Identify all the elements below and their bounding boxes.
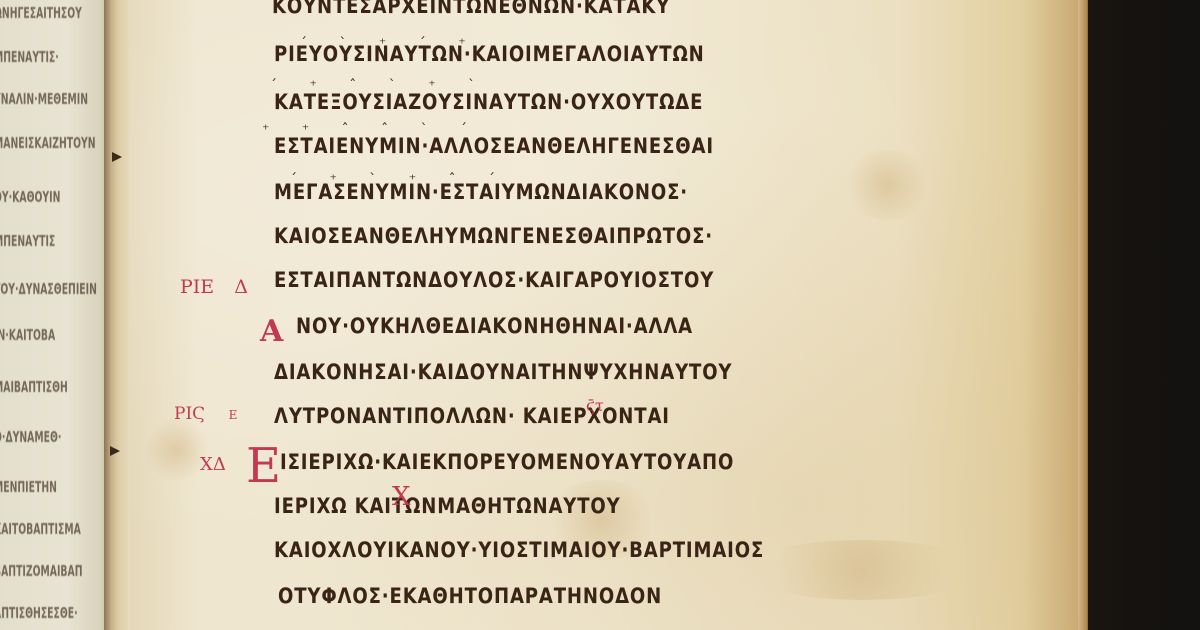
red-chi-mark: Χ [392,482,411,512]
left-page-line: ΑΠΤΙΣΘΗΣΕΣΘΕ· [0,604,78,622]
left-facing-page: ΩΝΗΓΕΣΑΙΤΗΣΟΥ ΜΠΕΝΑΥΤΙΣ· ΥΝΑΛΙΝ·ΜΕΘΕΜΙΝ … [0,0,112,630]
red-interlinear-mark: ϛ̄τ [586,396,604,415]
left-page-line: ΟΥ·ΚΑΘΟΥΙΝ [0,188,60,206]
binding-thread [112,152,122,162]
parchment-stain [742,540,982,600]
manuscript-line: ΕΣΤΑΙΠΑΝΤΩΝΔΟΥΛΟΣ·ΚΑΙΓΑΡΟΥΙΟΣΤΟΥ [274,268,714,292]
left-page-line: ΜΑΝΕΙΣΚΑΙΖΗΤΟΥΝ [0,134,96,152]
manuscript-line: ΙΕΡΙΧΩ ΚΑΙΤΩΝΜΑΘΗΤΩΝΑΥΤΟΥ [274,494,621,518]
left-page-line: ΤΟΥ·ΔΥΝΑΣΘΕΠΙΕΙΝ [0,280,97,298]
margin-section-number: ΡΙΕ Δ [180,276,248,298]
red-initial-epsilon: Ε [246,438,281,494]
margin-rubric-text: ΡΙΕ [180,276,214,298]
left-page-line: ΜΑΙΒΑΠΤΙΣΘΗ [0,378,68,396]
margin-rubric-canon: Δ [234,276,248,298]
margin-section-number: ΡΙϚ Ε [174,404,237,424]
manuscript-line: ΟΤΥΦΛΟΣ·ΕΚΑΘΗΤΟΠΑΡΑΤΗΝΟΔΟΝ [278,584,662,608]
margin-rubric-text: ΧΔ [200,454,226,475]
manuscript-line: ΛΥΤΡΟΝΑΝΤΙΠΟΛΛΩΝ· ΚΑΙΕΡΧΟΝΤΑΙ [274,404,670,428]
left-page-line: ΚΑΙΤΟΒΑΠΤΙΣΜΑ [0,520,81,538]
manuscript-photo: ΩΝΗΓΕΣΑΙΤΗΣΟΥ ΜΠΕΝΑΥΤΙΣ· ΥΝΑΛΙΝ·ΜΕΘΕΜΙΝ … [0,0,1200,630]
manuscript-line: ΡΙΕΥΟΥΣΙΝΑΥΤΩΝ·ΚΑΙΟΙΜΕΓΑΛΟΙΑΥΤΩΝ [274,42,705,66]
left-page-line: ΜΠΕΝΑΥΤΙΣ· [0,48,59,66]
red-initial-alpha: Α [260,314,283,349]
margin-rubric-canon: Ε [229,408,238,422]
manuscript-line: ΚΑΙΟΣΕΑΝΘΕΛΗΥΜΩΝΓΕΝΕΣΘΑΙΠΡΩΤΟΣ· [274,224,713,248]
book-gutter [104,0,130,630]
manuscript-line: ΔΙΑΚΟΝΗΣΑΙ·ΚΑΙΔΟΥΝΑΙΤΗΝΨΥΧΗΝΑΥΤΟΥ [274,360,732,384]
left-page-line: ΜΠΕΝΑΥΤΙΣ [0,232,55,250]
margin-rubric-text: ΡΙϚ [174,404,205,424]
left-page-line: ΒΑΠΤΙΖΟΜΑΙΒΑΠ [0,562,83,580]
manuscript-line: ΙΣΙΕΡΙΧΩ·ΚΑΙΕΚΠΟΡΕΥΟΜΕΝΟΥΑΥΤΟΥΑΠΟ [280,450,734,474]
manuscript-line: ΚΟΥΝΤΕΣΑΡΧΕΙΝΤΩΝΕΘΝΩΝ·ΚΑΤΑΚΥ [272,0,670,18]
manuscript-line: ΕΣΤΑΙΕΝΥΜΙΝ·ΑΛΛΟΣΕΑΝΘΕΛΗΓΕΝΕΣΘΑΙ [274,134,714,158]
left-page-line: ΜΕΝΠΙΕΤΗΝ [0,478,57,496]
manuscript-line: ΚΑΙΟΧΛΟΥΙΚΑΝΟΥ·ΥΙΟΣΤΙΜΑΙΟΥ·ΒΑΡΤΙΜΑΙΟΣ [274,538,764,562]
manuscript-line: ΜΕΓΑΣΕΝΥΜΙΝ·ΕΣΤΑΙΥΜΩΝΔΙΑΚΟΝΟΣ· [274,180,688,204]
left-page-line: ΥΝΑΛΙΝ·ΜΕΘΕΜΙΝ [0,90,88,108]
left-page-line: Ο·ΔΥΝΑΜΕΘ· [0,428,61,446]
binding-thread [110,446,120,456]
left-page-line: ΙΝ·ΚΑΙΤΟΒΑ [0,326,55,344]
manuscript-line: ΚΑΤΕΞΟΥΣΙΑΖΟΥΣΙΝΑΥΤΩΝ·ΟΥΧΟΥΤΩΔΕ [274,90,703,114]
left-page-line: ΩΝΗΓΕΣΑΙΤΗΣΟΥ [0,4,82,22]
manuscript-line: ΝΟΥ·ΟΥΚΗΛΘΕΔΙΑΚΟΝΗΘΗΝΑΙ·ΑΛΛΑ [296,314,693,338]
parchment-stain [842,150,932,220]
margin-lection-mark: ΧΔ [200,454,226,475]
dark-background [1088,0,1200,630]
